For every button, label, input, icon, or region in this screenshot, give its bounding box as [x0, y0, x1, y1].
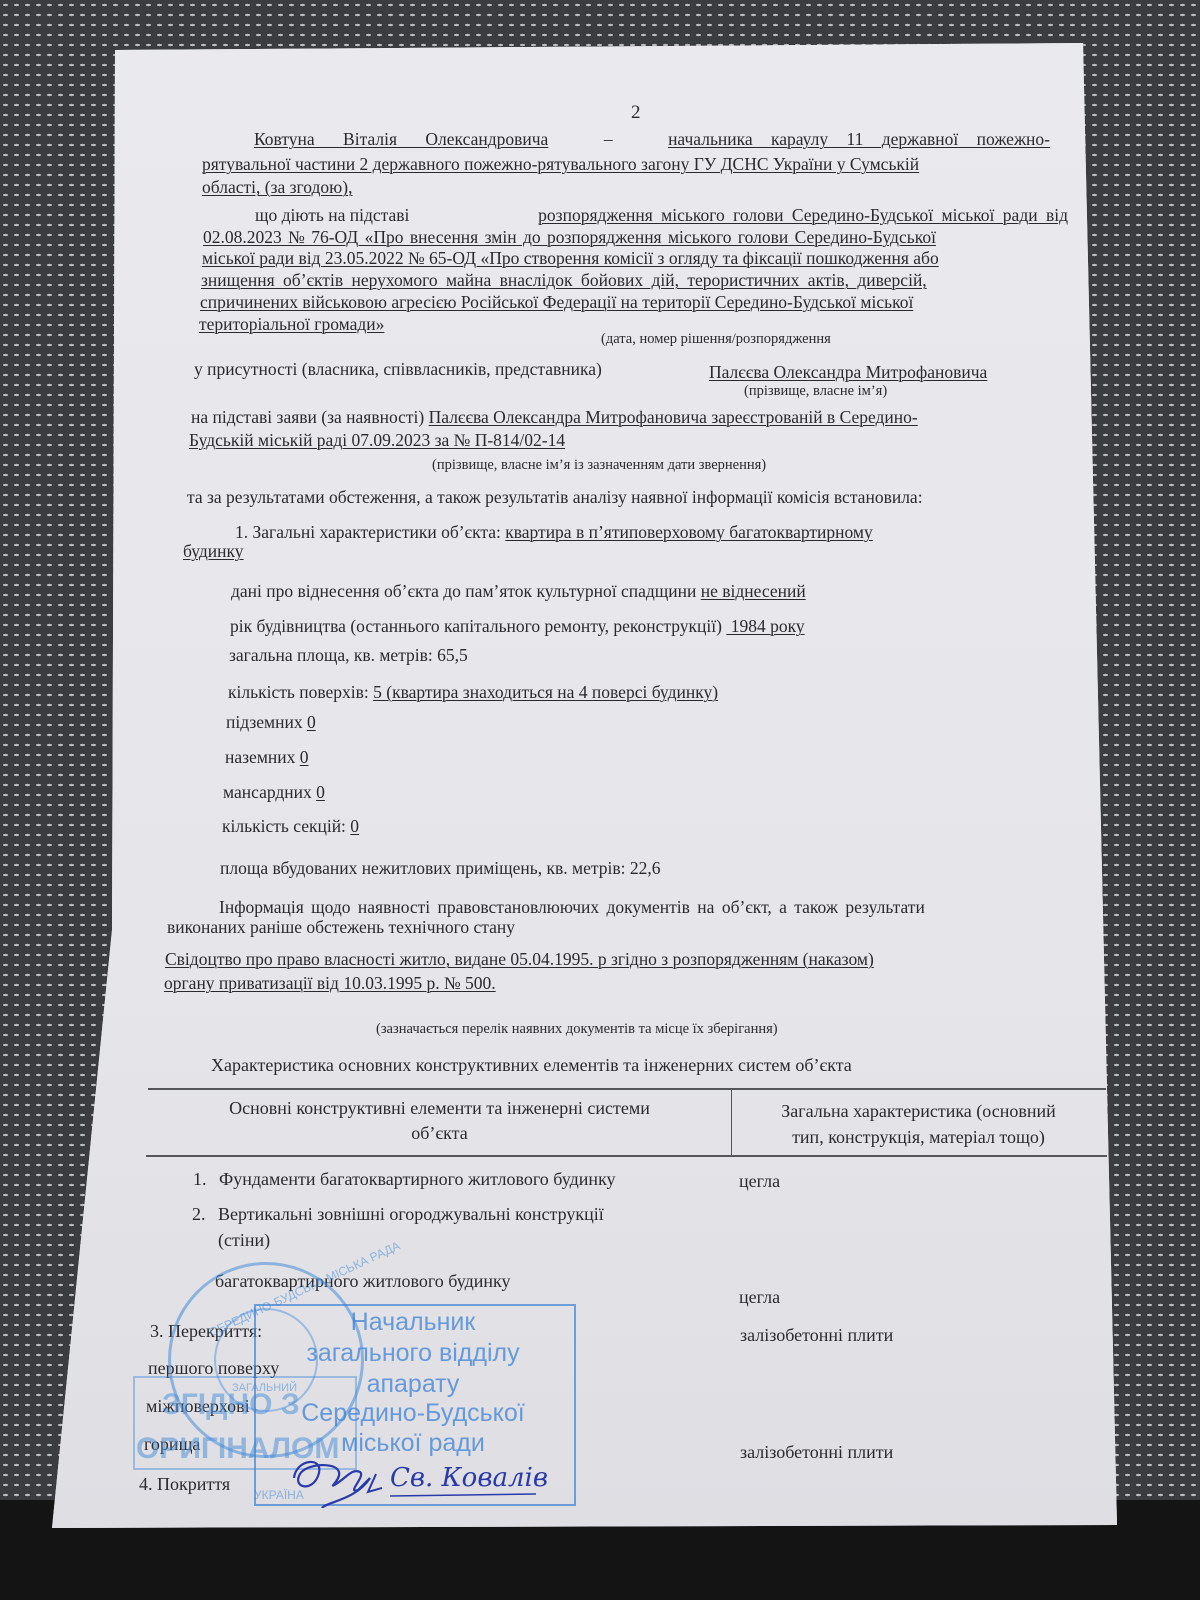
table-header-col1-line2: об’єкта [148, 1124, 731, 1142]
page-number: 2 [631, 103, 641, 122]
presence-caption: (прізвище, власне ім’я) [744, 384, 887, 399]
member-position-1: начальника караулу 11 державної пожежно- [668, 131, 1050, 149]
field-floors: кількість поверхів: 5 (квартира знаходит… [228, 684, 718, 702]
field-underground-label: підземних [226, 712, 303, 732]
basis-line-5: спричинених військовою агресією Російськ… [200, 294, 913, 312]
table-header-col2-line1: Загальна характеристика (основний [731, 1102, 1106, 1120]
basis-prefix: що діють на підставі [255, 207, 409, 225]
row2-num: 2. [192, 1205, 206, 1223]
basis-line-3: міської ради від 23.05.2022 № 65-ОД «Про… [202, 250, 939, 268]
application-value-2: Будській міській раді 07.09.2023 за № П-… [189, 432, 565, 450]
application-value-1: Палєєва Олександра Митрофановича зареєст… [429, 407, 918, 427]
field-area-label: загальна площа, кв. метрів: [229, 645, 433, 665]
row4-element: 4. Покриття [139, 1475, 230, 1493]
basis-caption: (дата, номер рішення/розпорядження [601, 332, 831, 347]
application-label-text: на підставі заяви (за наявності) [191, 407, 424, 427]
field-attic: мансардних 0 [223, 784, 325, 802]
row3-value: залізобетонні плити [740, 1326, 893, 1344]
field-heritage: дані про віднесення об’єкта до пам’яток … [231, 583, 806, 601]
field-heritage-value: не віднесений [701, 581, 806, 601]
basis-line-1: що діють на підставі розпорядження міськ… [255, 207, 1068, 225]
presence-label: у присутності (власника, співвласників, … [194, 361, 602, 379]
docs-info-line-2: виконаних раніше обстежень технічного ст… [167, 919, 515, 937]
field-area-value: 65,5 [437, 645, 468, 665]
signature-icon: Св. Ковалів [286, 1448, 556, 1508]
table-header-bottom-border [146, 1155, 1107, 1157]
basis-line-4: знищення об’єктів нерухомого майна внасл… [201, 272, 927, 290]
section1-line-1: 1. Загальні характеристики об’єкта: квар… [235, 524, 873, 542]
row2-element-2: (стіни) [218, 1231, 270, 1249]
table-header-col1-line1: Основні конструктивні елементи та інжене… [148, 1099, 731, 1117]
table-top-border [148, 1088, 1106, 1090]
row2-value: цегла [739, 1288, 780, 1306]
field-floors-label: кількість поверхів: [228, 682, 369, 702]
field-floors-value: 5 (квартира знаходиться на 4 поверсі буд… [373, 682, 718, 702]
row3-sub-attic-value: залізобетонні плити [740, 1443, 893, 1461]
findings-intro: та за результатами обстеження, а також р… [187, 489, 923, 507]
field-year: рік будівництва (останнього капітального… [230, 618, 805, 636]
member-line-1: Ковтуна Віталія Олександровича – начальн… [254, 131, 1050, 149]
row1-value: цегла [739, 1172, 780, 1190]
basis-line-2: 02.08.2023 № 76-ОД «Про внесення змін до… [203, 229, 936, 247]
field-attic-value: 0 [316, 782, 325, 802]
row1-num: 1. [193, 1170, 207, 1188]
member-position-3: області, (за згодою), [202, 179, 352, 197]
row2-element-1: Вертикальні зовнішні огороджувальні конс… [218, 1205, 604, 1223]
field-year-label: рік будівництва (останнього капітального… [230, 616, 722, 636]
field-underground: підземних 0 [226, 714, 316, 732]
stamp-title-line-2: загального відділу [254, 1341, 572, 1366]
svg-text:Св. Ковалів: Св. Ковалів [390, 1463, 548, 1493]
field-aboveground-value: 0 [300, 747, 309, 767]
field-sections-value: 0 [350, 816, 359, 836]
application-label: на підставі заяви (за наявності) Палєєва… [191, 409, 918, 427]
section1-label: 1. Загальні характеристики об’єкта: [235, 522, 501, 542]
field-nonresidential-label: площа вбудованих нежитлових приміщень, к… [220, 858, 625, 878]
field-aboveground-label: наземних [225, 747, 295, 767]
field-heritage-label: дані про віднесення об’єкта до пам’яток … [231, 581, 696, 601]
docs-info-value-1: Свідоцтво про право власності житло, вид… [165, 951, 874, 969]
table-header-col2-line2: тип, конструкція, матеріал тощо) [731, 1128, 1106, 1146]
stamp-title-line-1: Начальник [254, 1310, 572, 1335]
field-nonresidential-value: 22,6 [630, 858, 661, 878]
presence-owner-name: Палєєва Олександра Митрофановича [709, 364, 987, 382]
section1-value: квартира в п’ятиповерховому багатокварти… [505, 522, 873, 542]
field-area: загальна площа, кв. метрів: 65,5 [229, 647, 468, 665]
stamp-title-line-3: апарату [254, 1372, 572, 1397]
basis-line-6: територіальної громади» [199, 316, 384, 334]
field-attic-label: мансардних [223, 782, 312, 802]
basis-order: розпорядження міського голови Середино-Б… [538, 207, 1068, 225]
member-name: Ковтуна Віталія Олександровича [254, 131, 548, 149]
field-nonresidential-area: площа вбудованих нежитлових приміщень, к… [220, 860, 660, 878]
application-caption: (прізвище, власне ім’я із зазначенням да… [432, 458, 766, 473]
field-sections-label: кількість секцій: [222, 816, 346, 836]
field-year-value: 1984 року [726, 616, 804, 636]
member-position-2: рятувальної частини 2 державного пожежно… [202, 156, 919, 174]
field-underground-value: 0 [307, 712, 316, 732]
docs-info-value-2: органу приватизації від 10.03.1995 р. № … [164, 975, 496, 993]
field-aboveground: наземних 0 [225, 749, 309, 767]
stamp-title-line-4: Середино-Будської [254, 1401, 572, 1426]
docs-info-caption: (зазначається перелік наявних документів… [376, 1022, 778, 1037]
field-sections: кількість секцій: 0 [222, 818, 359, 836]
docs-info-line-1: Інформація щодо наявності правовстановлю… [219, 899, 925, 917]
section1-value-2: будинку [183, 543, 244, 561]
member-dash: – [604, 131, 613, 149]
table-title: Характеристика основних конструктивних е… [211, 1056, 852, 1074]
row1-element: Фундаменти багатоквартирного житлового б… [219, 1170, 616, 1188]
